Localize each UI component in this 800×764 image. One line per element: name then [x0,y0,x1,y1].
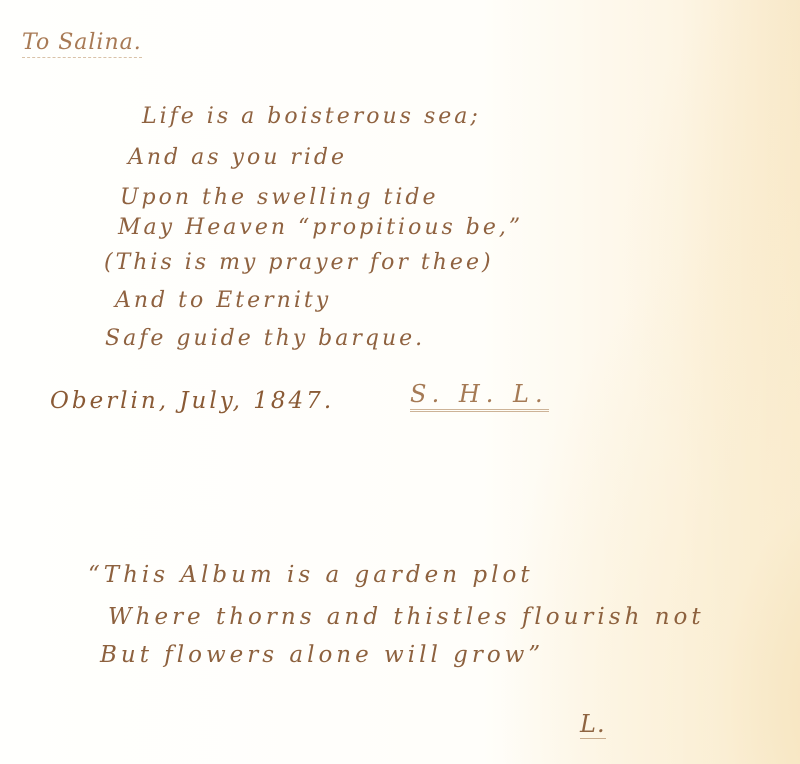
signature-initials: S. H. L. [410,380,549,412]
quote-line-3: But flowers alone will grow” [100,642,544,668]
poem-line-2: And as you ride [128,145,347,170]
poem-line-5: (This is my prayer for thee) [104,250,494,275]
poem-line-4: May Heaven “propitious be,” [118,215,523,240]
poem-line-6: And to Eternity [115,288,331,313]
dedication-heading: To Salina. [22,30,142,58]
poem-line-1: Life is a boisterous sea; [142,104,481,129]
album-page: To Salina. Life is a boisterous sea; And… [0,0,800,764]
place-date-line: Oberlin, July, 1847. [50,388,334,414]
closing-initial: L. [580,710,606,739]
quote-line-1: “This Album is a garden plot [88,562,534,588]
quote-line-2: Where thorns and thistles flourish not [108,604,705,630]
poem-line-7: Safe guide thy barque. [105,326,425,351]
poem-line-3: Upon the swelling tide [120,185,439,210]
